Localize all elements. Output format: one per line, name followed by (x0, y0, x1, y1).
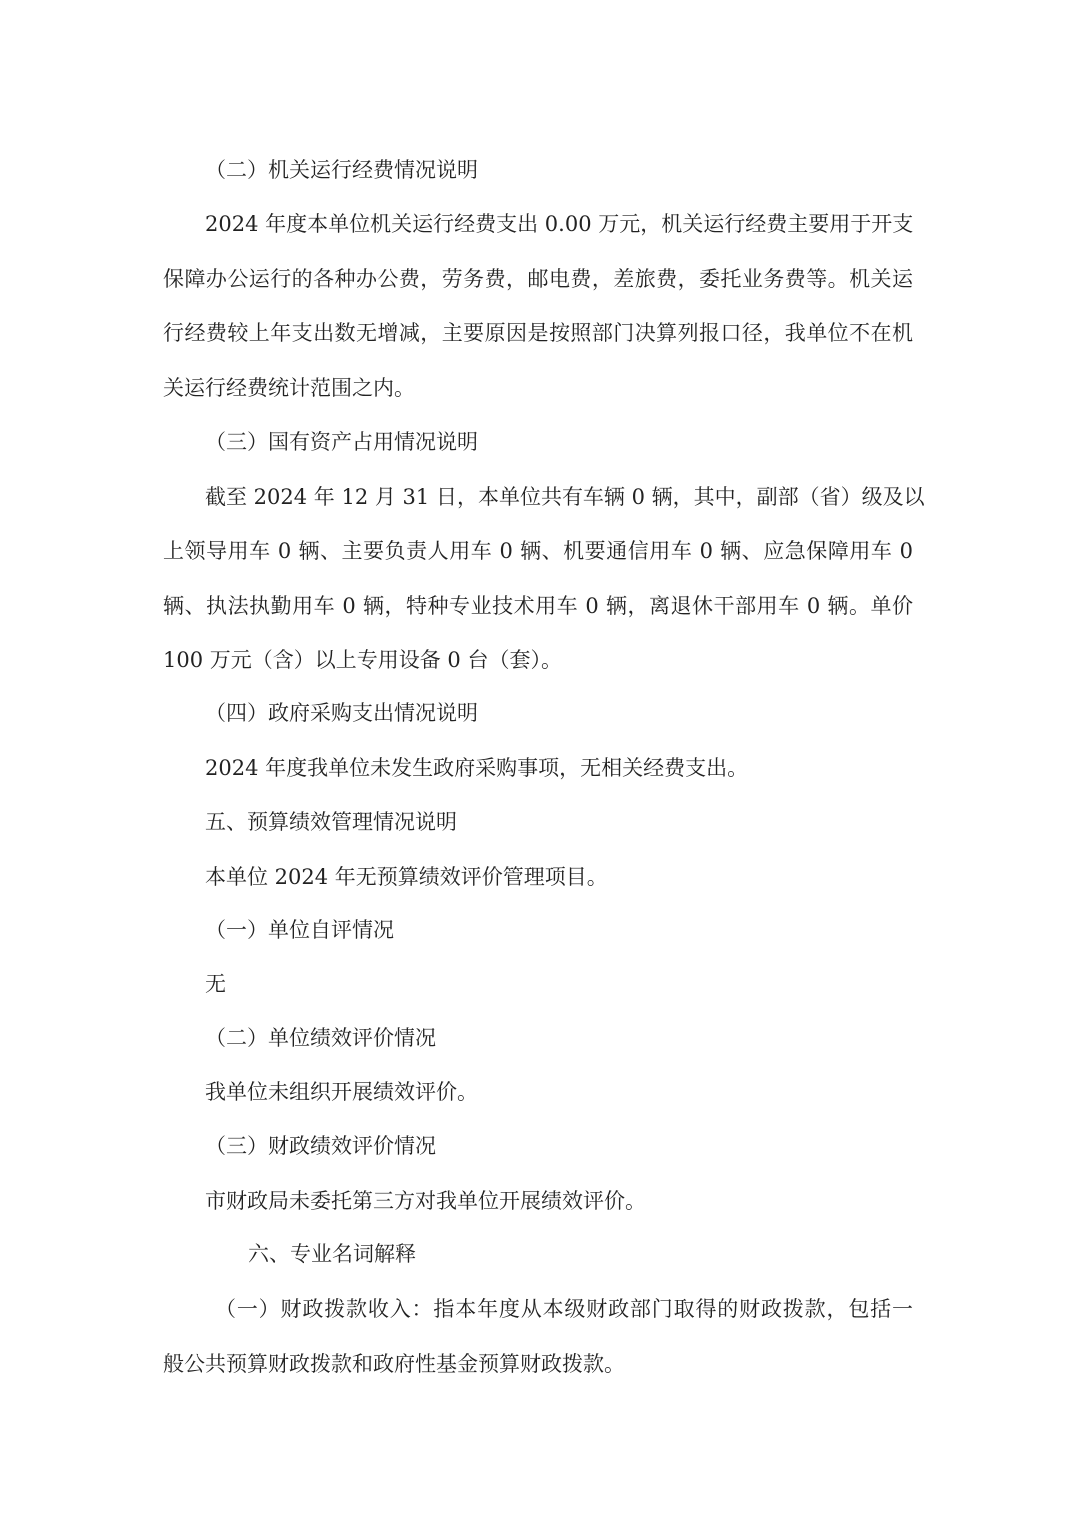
paragraph-line: 2024 年度我单位未发生政府采购事项，无相关经费支出。 (205, 755, 748, 781)
section-heading: 六、专业名词解释 (248, 1241, 416, 1267)
paragraph-line: 无 (205, 971, 226, 997)
paragraph-line: 我单位未组织开展绩效评价。 (205, 1079, 478, 1105)
paragraph-line: 般公共预算财政拨款和政府性基金预算财政拨款。 (163, 1351, 625, 1377)
paragraph-line: 市财政局未委托第三方对我单位开展绩效评价。 (205, 1188, 646, 1214)
paragraph-line: 本单位 2024 年无预算绩效评价管理项目。 (205, 864, 608, 890)
paragraph-line: （一）财政拨款收入：指本年度从本级财政部门取得的财政拨款，包括一 (215, 1296, 913, 1322)
paragraph-line: 行经费较上年支出数无增减，主要原因是按照部门决算列报口径，我单位不在机 (163, 320, 913, 346)
section-heading: 五、预算绩效管理情况说明 (205, 809, 457, 835)
paragraph-line: 截至 2024 年 12 月 31 日，本单位共有车辆 0 辆，其中，副部（省）… (205, 484, 913, 510)
section-heading: （四）政府采购支出情况说明 (205, 700, 478, 726)
paragraph-line: 100 万元（含）以上专用设备 0 台（套）。 (163, 647, 562, 673)
document-page: （二）机关运行经费情况说明2024 年度本单位机关运行经费支出 0.00 万元，… (0, 0, 1074, 1520)
paragraph-line: 上领导用车 0 辆、主要负责人用车 0 辆、机要通信用车 0 辆、应急保障用车 … (163, 538, 913, 564)
paragraph-line: 关运行经费统计范围之内。 (163, 375, 415, 401)
section-heading: （三）国有资产占用情况说明 (205, 429, 478, 455)
section-heading: （一）单位自评情况 (205, 917, 394, 943)
section-heading: （二）单位绩效评价情况 (205, 1025, 436, 1051)
paragraph-line: 2024 年度本单位机关运行经费支出 0.00 万元，机关运行经费主要用于开支 (205, 211, 913, 237)
paragraph-line: 保障办公运行的各种办公费，劳务费，邮电费，差旅费，委托业务费等。机关运 (163, 266, 913, 292)
paragraph-line: 辆、执法执勤用车 0 辆，特种专业技术用车 0 辆，离退休干部用车 0 辆。单价 (163, 593, 913, 619)
section-heading: （二）机关运行经费情况说明 (205, 157, 478, 183)
section-heading: （三）财政绩效评价情况 (205, 1133, 436, 1159)
